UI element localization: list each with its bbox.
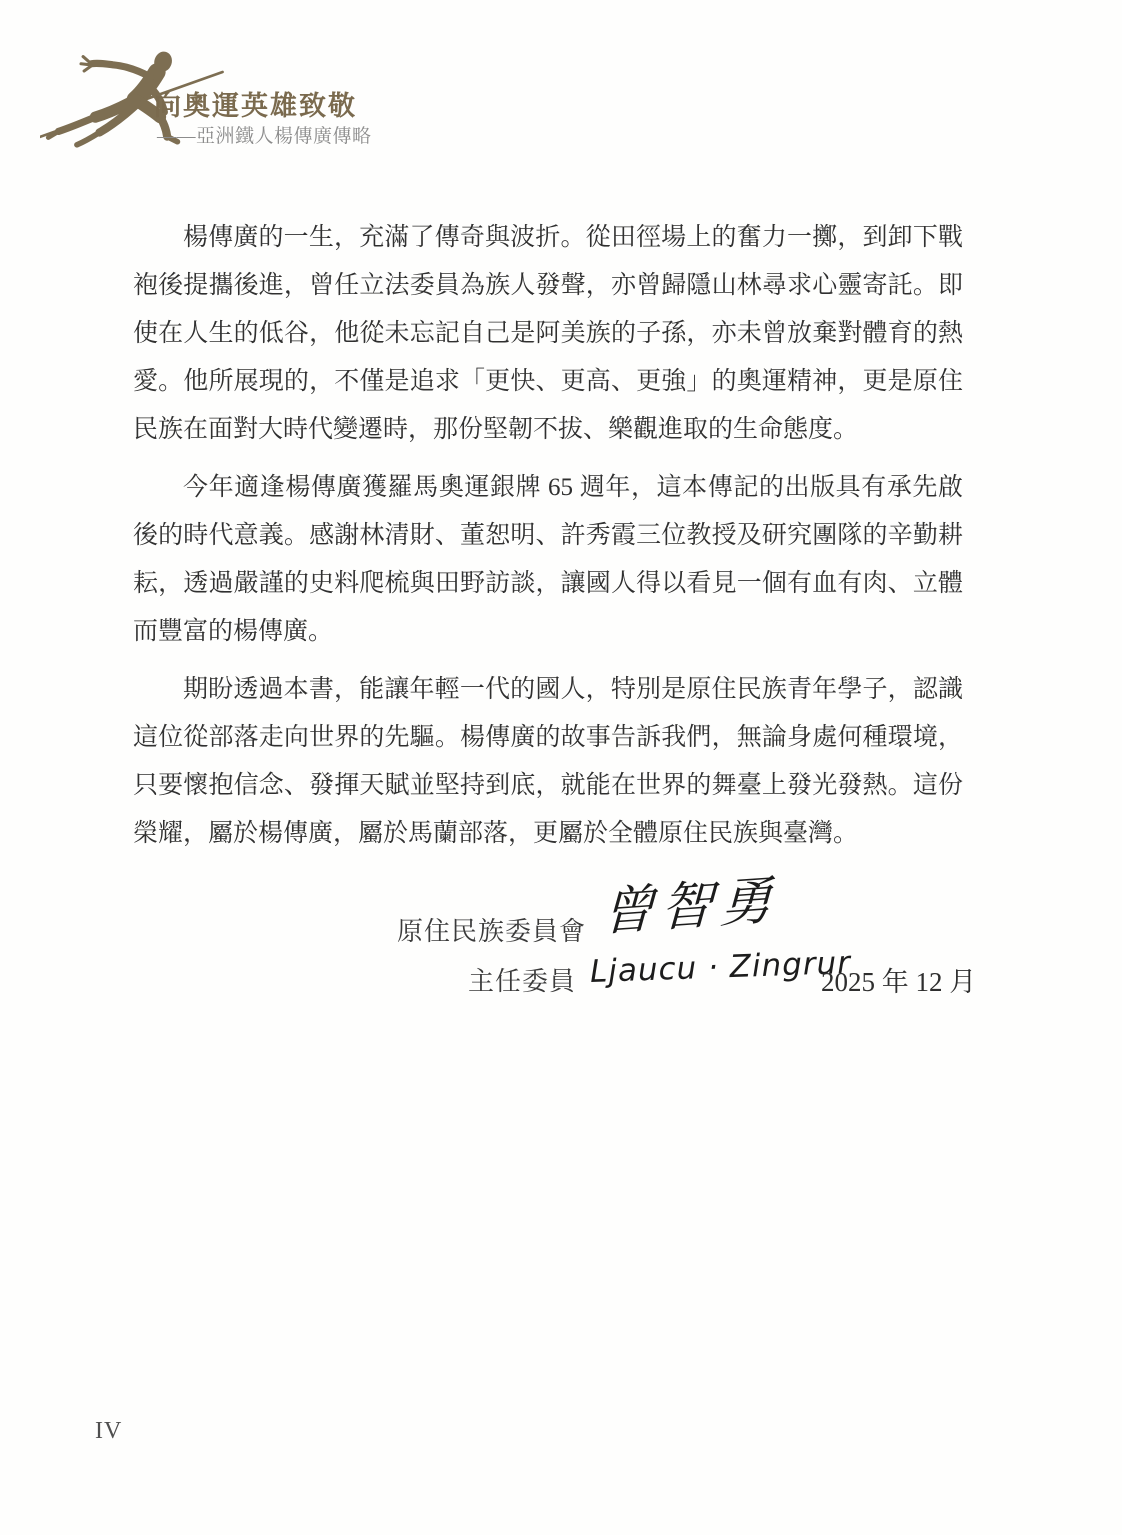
paragraph-2: 今年適逢楊傳廣獲羅馬奧運銀牌 65 週年，這本傳記的出版具有承先啟後的時代意義。…: [133, 464, 963, 656]
paragraph-3: 期盼透過本書，能讓年輕一代的國人，特別是原住民族青年學子，認識這位從部落走向世界…: [133, 666, 963, 858]
book-page: 向奧運英雄致敬 ——亞洲鐵人楊傳廣傳略 楊傳廣的一生，充滿了傳奇與波折。從田徑場…: [0, 0, 1122, 1535]
page-number: IV: [95, 1418, 122, 1445]
book-title: 向奧運英雄致敬: [154, 84, 357, 123]
paragraph-1: 楊傳廣的一生，充滿了傳奇與波折。從田徑場上的奮力一擲，到卸下戰袍後提攜後進，曾任…: [133, 214, 963, 454]
minister-romanized-signature: Ljaucu · Zingrur: [589, 937, 852, 998]
signer-role: 主任委員: [468, 958, 576, 1006]
preface-body: 楊傳廣的一生，充滿了傳奇與波折。從田徑場上的奮力一擲，到卸下戰袍後提攜後進，曾任…: [133, 214, 963, 868]
book-subtitle: ——亞洲鐵人楊傳廣傳略: [157, 121, 372, 148]
signature-date: 2025 年 12 月: [821, 958, 976, 1006]
signing-organization: 原住民族委員會: [397, 908, 586, 956]
